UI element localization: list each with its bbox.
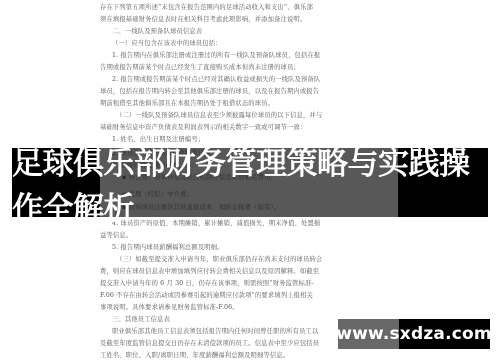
watermark: www.sxdza.com (338, 319, 490, 349)
text-line: 2. 报告期或报告期前某个时点已经对其确认收益或损失的一线队及预备队 (112, 76, 320, 84)
text-line: 告期或报告期前某个时点已经发生了直接购买成本但尚未注册的球员； (100, 64, 300, 72)
text-line: 益等信息。 (100, 232, 132, 240)
text-line: 存在下列第五项所述“未包含在报告范围内的足球活动收入和支出”，俱乐部 (100, 4, 313, 12)
text-line: 球员，包括在报告期内转会至其他俱乐部注册的球员，以及在报告期内或报告 (100, 88, 319, 96)
title-banner: 2. 球员合同的开始日期及结束日期；3. 获得球员注册的成本，即：▪ 转会费、培… (12, 148, 488, 217)
text-line: 费，则应在球员信息表中增加填列应付转会费相关信息以及原因解释。如截至 (100, 268, 319, 276)
text-line: 职业俱乐部其他员工信息表须包括报告期内任何时间曾任职的所有员工以 (112, 328, 318, 336)
watermark-text: www.sxdza.com (338, 319, 490, 349)
text-line: 二、一线队及预备队球员信息表 (112, 28, 202, 36)
text-line: 三、其他员工信息表 (112, 316, 170, 324)
text-line: 期前租借至其他俱乐部且在本报告期仍处于租借状态的球员。 (100, 100, 274, 108)
text-line: F.06 不存在由转会活动或因参赛引起的逾期应付款项”的要求填列上报相关 (100, 292, 313, 300)
text-line: 及截至年度监管信息提交日仍存在未清偿款项的员工。信息表中至少应包括员 (100, 340, 319, 348)
text-line: 事项说明。具体要求请参见财务监管标准-F.06。 (100, 304, 239, 312)
text-line: 提交准入申请当年的 6 月 30 日，仍存在该事项，则需按照“财务监管标准- (100, 280, 314, 288)
text-line: 须在填报基础财务信息表时在相关科目考虑此项影响，并添加备注说明。 (100, 16, 306, 24)
text-line: （三）如截至提交准入申请当年，职业俱乐部仍存在尚未支付的球员转会 (116, 256, 322, 264)
text-line: 5. 报告期内球员薪酬福利总额及明细。 (112, 244, 224, 252)
text-line: （一）应当包含在该表中的球员包括： (112, 40, 222, 48)
banner-title: 足球俱乐部财务管理策略与实践操作全解析 (12, 148, 488, 217)
text-line: 1. 报告期内在俱乐部注册或注册过的所有一线队及预备队球员，包括在报 (112, 52, 320, 60)
text-line: （二）一线队及预备队球员信息表至少须披露每位球员的以下信息，并与 (116, 112, 322, 120)
text-line: 基础财务信息中资产负债表及利润表列示的相关数字一致或可调节一致： (100, 124, 306, 132)
text-line: 工姓名、职位、入职/离职日期、年度薪酬福利总额及明细等信息。 (100, 352, 289, 360)
